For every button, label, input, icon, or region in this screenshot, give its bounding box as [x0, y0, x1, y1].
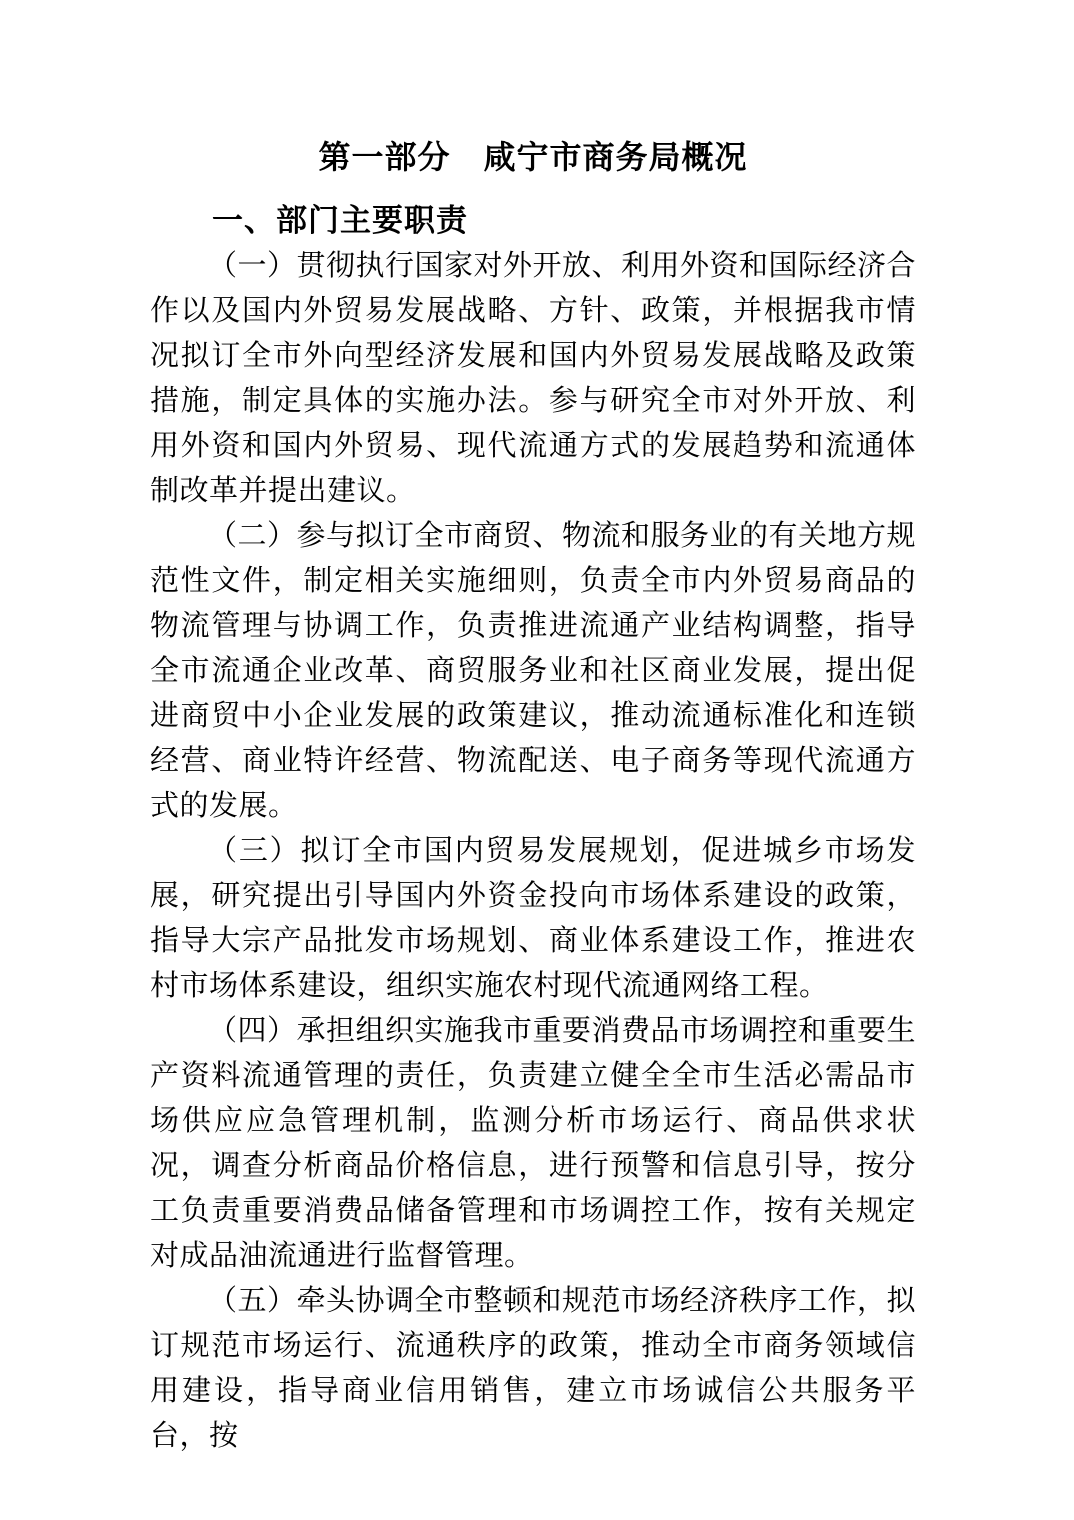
paragraph: （三）拟订全市国内贸易发展规划，促进城乡市场发展，研究提出引导国内外资金投向市场… [150, 829, 916, 1009]
paragraph: （五）牵头协调全市整顿和规范市场经济秩序工作，拟订规范市场运行、流通秩序的政策，… [150, 1279, 916, 1459]
section-heading: 一、部门主要职责 [150, 198, 916, 244]
document-body: （一）贯彻执行国家对外开放、利用外资和国际经济合作以及国内外贸易发展战略、方针、… [150, 244, 916, 1459]
paragraph: （四）承担组织实施我市重要消费品市场调控和重要生产资料流通管理的责任，负责建立健… [150, 1009, 916, 1279]
document-page: 第一部分 咸宁市商务局概况 一、部门主要职责 （一）贯彻执行国家对外开放、利用外… [0, 0, 1074, 1520]
paragraph: （二）参与拟订全市商贸、物流和服务业的有关地方规范性文件，制定相关实施细则，负责… [150, 514, 916, 829]
paragraph: （一）贯彻执行国家对外开放、利用外资和国际经济合作以及国内外贸易发展战略、方针、… [150, 244, 916, 514]
document-title: 第一部分 咸宁市商务局概况 [150, 134, 916, 180]
